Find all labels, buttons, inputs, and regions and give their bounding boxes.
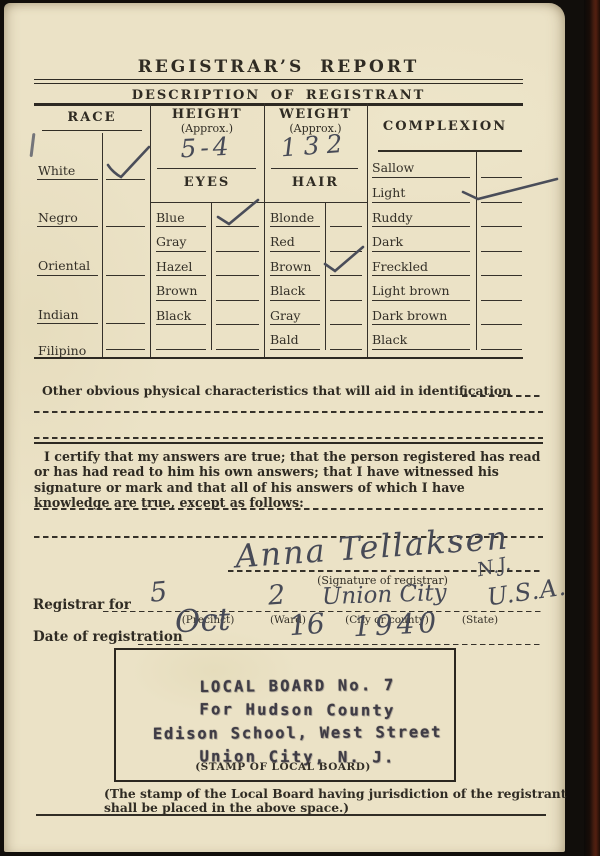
cell-line bbox=[270, 275, 320, 276]
stamp-line-3: Edison School, West Street bbox=[125, 723, 470, 743]
page-title: REGISTRAR’S REPORT bbox=[34, 57, 523, 77]
cell-line bbox=[481, 349, 522, 350]
complexion-option-label: Ruddy bbox=[372, 210, 413, 225]
race-header: RACE bbox=[34, 110, 150, 125]
race-option-label: Indian bbox=[38, 307, 79, 322]
complexion-option-label: Light brown bbox=[372, 283, 450, 298]
complexion-option-label: Black bbox=[372, 332, 407, 347]
cell-line bbox=[330, 324, 362, 325]
white-checkmark-icon bbox=[104, 142, 152, 182]
race-header-underline bbox=[42, 130, 142, 132]
weight-writing-line bbox=[271, 168, 358, 169]
cell-line bbox=[372, 324, 470, 325]
light-checkmark-icon bbox=[458, 175, 562, 203]
date-month-handwriting: Oct bbox=[174, 602, 231, 641]
cell-line bbox=[330, 226, 362, 227]
footer-note-line-2: shall be placed in the above space.) bbox=[104, 800, 349, 815]
footer-rule bbox=[36, 814, 546, 816]
eyes-header: EYES bbox=[150, 175, 264, 190]
table-divider bbox=[367, 103, 368, 358]
weight-value-handwriting: 132 bbox=[263, 127, 367, 163]
brown-checkmark-icon bbox=[321, 243, 367, 277]
complexion-option-label: Dark bbox=[372, 234, 403, 249]
cell-line bbox=[270, 324, 320, 325]
cell-line bbox=[481, 251, 522, 252]
cell-line bbox=[270, 226, 320, 227]
complexion-option-label: Freckled bbox=[372, 259, 428, 274]
cell-line bbox=[481, 275, 522, 276]
cell-line bbox=[106, 349, 145, 350]
height-writing-line bbox=[157, 168, 256, 169]
complexion-header-underline bbox=[378, 150, 522, 152]
precinct-handwriting: 5 bbox=[149, 576, 169, 608]
writing-line bbox=[34, 437, 543, 439]
race-option-label: Oriental bbox=[38, 258, 90, 273]
date-line bbox=[138, 644, 543, 646]
cell-line bbox=[372, 202, 470, 203]
race-option-label: White bbox=[38, 163, 75, 178]
cell-line bbox=[156, 226, 206, 227]
cell-line bbox=[372, 300, 470, 301]
hair-option-label: Blonde bbox=[270, 210, 314, 225]
complexion-option-label: Dark brown bbox=[372, 308, 447, 323]
stray-pen-mark bbox=[30, 133, 35, 157]
cell-line bbox=[156, 275, 206, 276]
cell-line bbox=[106, 323, 145, 324]
writing-line bbox=[34, 411, 543, 413]
cell-line bbox=[156, 349, 206, 350]
section-title: DESCRIPTION OF REGISTRANT bbox=[34, 88, 523, 103]
stamp-caption: (STAMP OF LOCAL BOARD) bbox=[114, 761, 452, 773]
cell-line bbox=[372, 275, 470, 276]
country-handwriting: U.S.A. bbox=[485, 573, 568, 612]
race-option-label: Filipino bbox=[38, 343, 86, 358]
eyes-option-label: Gray bbox=[156, 234, 186, 249]
height-value-handwriting: 5-4 bbox=[149, 130, 263, 165]
hair-option-label: Red bbox=[270, 234, 295, 249]
ward-handwriting: 2 bbox=[267, 579, 286, 611]
footer-note-line-1: (The stamp of the Local Board having jur… bbox=[104, 786, 566, 801]
blue-checkmark-icon bbox=[214, 196, 262, 230]
cell-line bbox=[106, 275, 145, 276]
cell-line bbox=[216, 300, 259, 301]
cell-line bbox=[37, 226, 98, 227]
hair-option-label: Bald bbox=[270, 332, 299, 347]
cell-line bbox=[270, 251, 320, 252]
certification-rule bbox=[34, 442, 543, 444]
section-rule bbox=[34, 103, 523, 106]
cell-line bbox=[37, 275, 98, 276]
cell-line bbox=[216, 324, 259, 325]
table-bottom-rule bbox=[34, 357, 523, 359]
race-option-label: Negro bbox=[38, 210, 78, 225]
eyes-option-label: Hazel bbox=[156, 259, 192, 274]
cell-line bbox=[372, 251, 470, 252]
writing-line bbox=[34, 508, 543, 510]
complexion-header: COMPLEXION bbox=[367, 119, 523, 134]
cell-line bbox=[156, 251, 206, 252]
state-caption: (State) bbox=[452, 614, 508, 626]
date-day-handwriting: 16 bbox=[288, 607, 326, 642]
cell-line bbox=[37, 179, 98, 180]
cell-line bbox=[481, 300, 522, 301]
date-year-handwriting: 1940 bbox=[352, 606, 441, 644]
hair-option-label: Brown bbox=[270, 259, 311, 274]
other-characteristics-line bbox=[462, 395, 543, 397]
hair-header: HAIR bbox=[264, 175, 367, 190]
eyes-option-label: Brown bbox=[156, 283, 197, 298]
cell-line bbox=[330, 300, 362, 301]
cell-line bbox=[372, 177, 470, 178]
cell-line bbox=[270, 300, 320, 301]
cell-line bbox=[156, 324, 206, 325]
cell-line bbox=[106, 226, 145, 227]
cell-line bbox=[372, 349, 470, 350]
cell-line bbox=[216, 251, 259, 252]
hair-option-label: Black bbox=[270, 283, 305, 298]
hair-option-label: Gray bbox=[270, 308, 300, 323]
stamp-line-2: For Hudson County bbox=[125, 700, 470, 720]
cell-line bbox=[330, 349, 362, 350]
cell-line bbox=[372, 226, 470, 227]
cell-line bbox=[216, 275, 259, 276]
cell-line bbox=[481, 324, 522, 325]
complexion-option-label: Light bbox=[372, 185, 405, 200]
other-characteristics-label: Other obvious physical characteristics t… bbox=[42, 383, 511, 398]
cell-line bbox=[216, 349, 259, 350]
eyes-option-label: Blue bbox=[156, 210, 185, 225]
cell-line bbox=[156, 300, 206, 301]
cell-line bbox=[481, 226, 522, 227]
double-rule bbox=[34, 79, 523, 84]
cell-line bbox=[270, 349, 320, 350]
eyes-check-divider bbox=[211, 203, 212, 350]
hair-header-rule bbox=[264, 202, 367, 203]
cell-line bbox=[37, 323, 98, 324]
registrar-signature-handwriting: Anna Tellaksen bbox=[234, 518, 510, 575]
complexion-option-label: Sallow bbox=[372, 160, 414, 175]
eyes-option-label: Black bbox=[156, 308, 191, 323]
stamp-line-1: LOCAL BOARD No. 7 bbox=[125, 675, 470, 697]
registrar-report-card: REGISTRAR’S REPORT DESCRIPTION OF REGIST… bbox=[4, 3, 565, 852]
certification-text: I certify that my answers are true; that… bbox=[34, 449, 542, 511]
